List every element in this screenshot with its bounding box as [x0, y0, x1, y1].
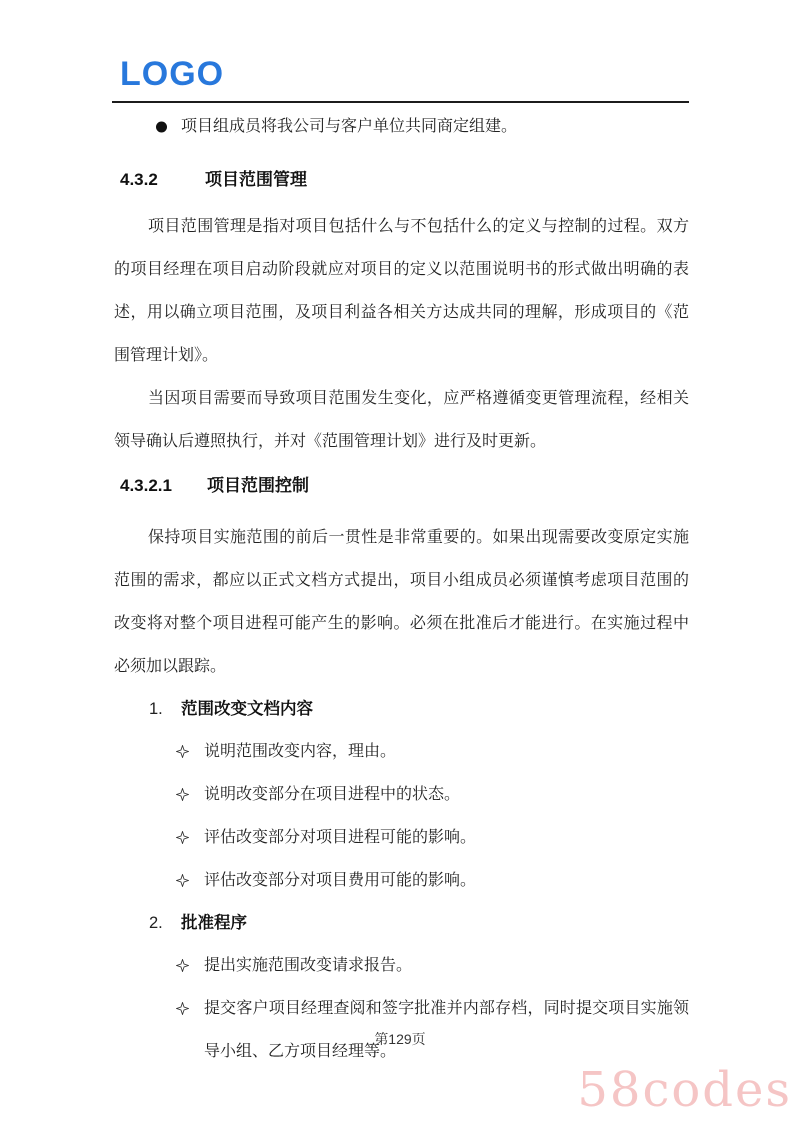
subsection-heading: 4.3.2.1项目范围控制 [120, 471, 689, 501]
numbered-item-1-title: 范围改变文档内容 [181, 700, 313, 718]
header-divider [112, 101, 689, 103]
document-content: LOGO 项目组成员将我公司与客户单位共同商定组建。 4.3.2项目范围管理 项… [114, 0, 689, 1073]
diamond-list-item: 说明改变部分在项目进程中的状态。 [114, 773, 689, 816]
diamond-list-1: 说明范围改变内容，理由。 说明改变部分在项目进程中的状态。 评估改变部分对项目进… [114, 730, 689, 902]
intro-bullet-item: 项目组成员将我公司与客户单位共同商定组建。 [114, 112, 689, 142]
diamond-item-text: 说明改变部分在项目进程中的状态。 [204, 786, 460, 803]
section-heading: 4.3.2项目范围管理 [120, 165, 689, 195]
subsection-title: 项目范围控制 [207, 476, 309, 495]
page-number: 第129页 [374, 1031, 425, 1047]
paragraph-scope-definition: 项目范围管理是指对项目包括什么与不包括什么的定义与控制的过程。双方的项目经理在项… [114, 205, 689, 377]
section-number: 4.3.2 [120, 165, 205, 195]
four-pointed-star-icon [176, 944, 189, 987]
four-pointed-star-icon [176, 987, 189, 1030]
four-pointed-star-icon [176, 816, 189, 859]
diamond-list-2: 提出实施范围改变请求报告。 提交客户项目经理查阅和签字批准并内部存档，同时提交项… [114, 944, 689, 1073]
paragraph-scope-control: 保持项目实施范围的前后一贯性是非常重要的。如果出现需要改变原定实施范围的需求，都… [114, 516, 689, 688]
subsection-number: 4.3.2.1 [120, 471, 207, 501]
diamond-list-item: 提出实施范围改变请求报告。 [114, 944, 689, 987]
logo: LOGO [120, 54, 689, 94]
four-pointed-star-icon [176, 859, 189, 902]
diamond-item-text: 评估改变部分对项目费用可能的影响。 [204, 872, 476, 889]
numbered-item-2-number: 2. [149, 908, 181, 938]
diamond-list-item: 说明范围改变内容，理由。 [114, 730, 689, 773]
four-pointed-star-icon [176, 773, 189, 816]
intro-bullet-text: 项目组成员将我公司与客户单位共同商定组建。 [181, 118, 517, 135]
numbered-item-2: 2.批准程序 [114, 908, 689, 938]
document-page: LOGO 项目组成员将我公司与客户单位共同商定组建。 4.3.2项目范围管理 项… [0, 0, 800, 1132]
diamond-list-item: 评估改变部分对项目费用可能的影响。 [114, 859, 689, 902]
page-footer: 第129页 [0, 1028, 800, 1050]
diamond-item-text: 说明范围改变内容，理由。 [204, 743, 396, 760]
section-title: 项目范围管理 [205, 170, 307, 189]
numbered-item-2-title: 批准程序 [181, 914, 247, 932]
numbered-item-1-number: 1. [149, 694, 181, 724]
diamond-item-text: 评估改变部分对项目进程可能的影响。 [204, 829, 476, 846]
four-pointed-star-icon [176, 730, 189, 773]
diamond-list-item: 评估改变部分对项目进程可能的影响。 [114, 816, 689, 859]
diamond-item-text: 提出实施范围改变请求报告。 [204, 957, 412, 974]
numbered-item-1: 1.范围改变文档内容 [114, 694, 689, 724]
watermark: 58codes [577, 1066, 792, 1114]
paragraph-scope-change: 当因项目需要而导致项目范围发生变化，应严格遵循变更管理流程，经相关领导确认后遵照… [114, 377, 689, 463]
bullet-dot-icon [156, 122, 167, 133]
